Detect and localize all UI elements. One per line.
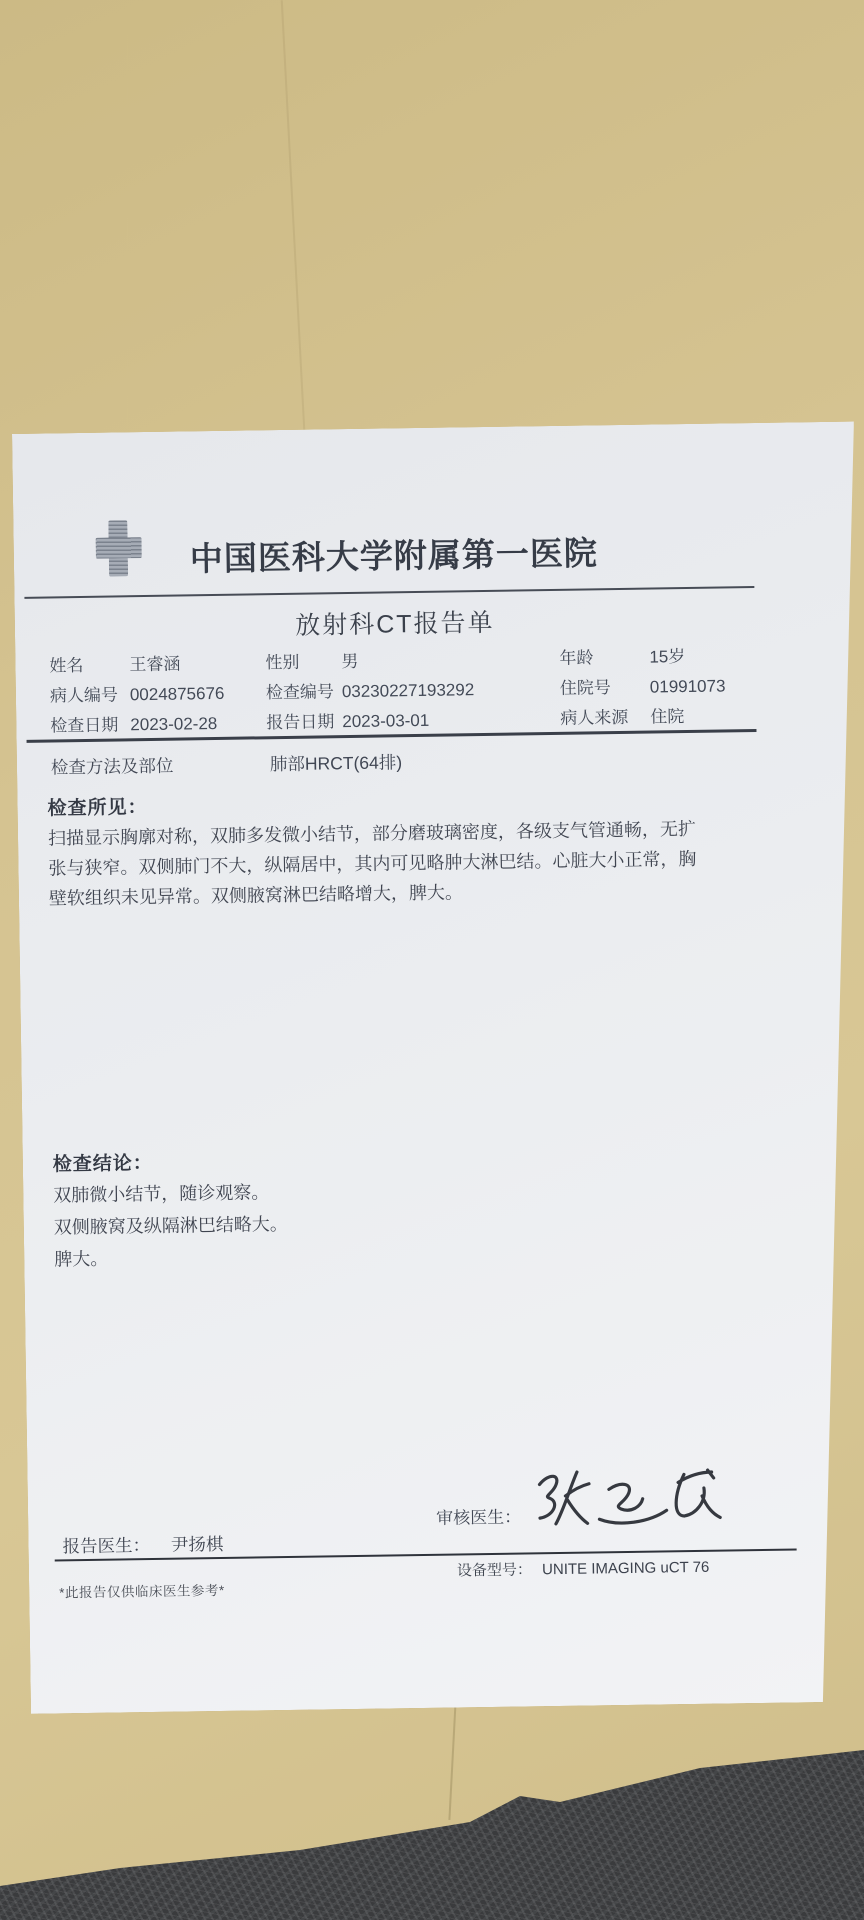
review-doctor-label: 审核医生： — [436, 1503, 521, 1529]
age-label: 年龄 — [559, 643, 649, 674]
exam-id-value: 03230227193292 — [342, 674, 560, 707]
photo-scene: 中国医科大学附属第一医院 放射科CT报告单 姓名 王睿涵 性别 男 年龄 15岁… — [0, 0, 864, 1920]
report-title: 放射科CT报告单 — [135, 600, 655, 644]
device-model-label: 设备型号： — [457, 1561, 532, 1579]
age-value: 15岁 — [649, 641, 753, 673]
report-doctor-row: 报告医生： 尹扬棋 — [62, 1531, 223, 1558]
admission-id-value: 01991073 — [650, 671, 754, 703]
hospital-name: 中国医科大学附属第一医院 — [133, 526, 654, 581]
ct-report-paper: 中国医科大学附属第一医院 放射科CT报告单 姓名 王睿涵 性别 男 年龄 15岁… — [12, 422, 864, 1714]
header-divider — [24, 586, 754, 599]
device-model-value: UNITE IMAGING uCT 76 — [542, 1559, 709, 1578]
patient-id-value: 0024875676 — [130, 678, 266, 710]
admission-id-label: 住院号 — [560, 673, 650, 704]
conclusion-heading: 检查结论： — [53, 1148, 153, 1176]
disclaimer-footnote: *此报告仅供临床医生参考* — [59, 1579, 225, 1601]
gender-label: 性别 — [265, 647, 341, 678]
gender-value: 男 — [341, 644, 559, 677]
findings-text: 扫描显示胸廓对称，双肺多发微小结节，部分磨玻璃密度，各级支气管通畅，无扩 张与狭… — [48, 814, 707, 914]
patient-info-table: 姓名 王睿涵 性别 男 年龄 15岁 病人编号 0024875676 检查编号 … — [49, 641, 754, 741]
conclusion-text: 双肺微小结节，随诊观察。 双侧腋窝及纵隔淋巴结略大。 脾大。 — [53, 1170, 712, 1276]
findings-heading: 检查所见： — [47, 792, 147, 820]
envelope-crease — [281, 0, 306, 430]
device-model-row: 设备型号： UNITE IMAGING uCT 76 — [457, 1556, 710, 1581]
exam-method-row: 检查方法及部位 肺部HRCT(64排) — [51, 744, 751, 779]
exam-method-value: 肺部HRCT(64排) — [270, 749, 403, 776]
patient-source-value: 住院 — [650, 701, 754, 733]
exam-id-label: 检查编号 — [266, 677, 342, 708]
exam-date-value: 2023-02-28 — [130, 708, 266, 740]
patient-id-label: 病人编号 — [50, 680, 130, 711]
patient-source-label: 病人来源 — [560, 703, 650, 734]
report-date-label: 报告日期 — [266, 707, 342, 738]
exam-method-label: 检查方法及部位 — [51, 751, 270, 779]
reviewer-signature — [525, 1458, 724, 1545]
exam-date-label: 检查日期 — [50, 710, 130, 741]
name-value: 王睿涵 — [129, 648, 265, 680]
report-doctor-label: 报告医生： — [62, 1535, 150, 1556]
report-doctor-name: 尹扬棋 — [171, 1534, 224, 1555]
name-label: 姓名 — [49, 650, 129, 681]
